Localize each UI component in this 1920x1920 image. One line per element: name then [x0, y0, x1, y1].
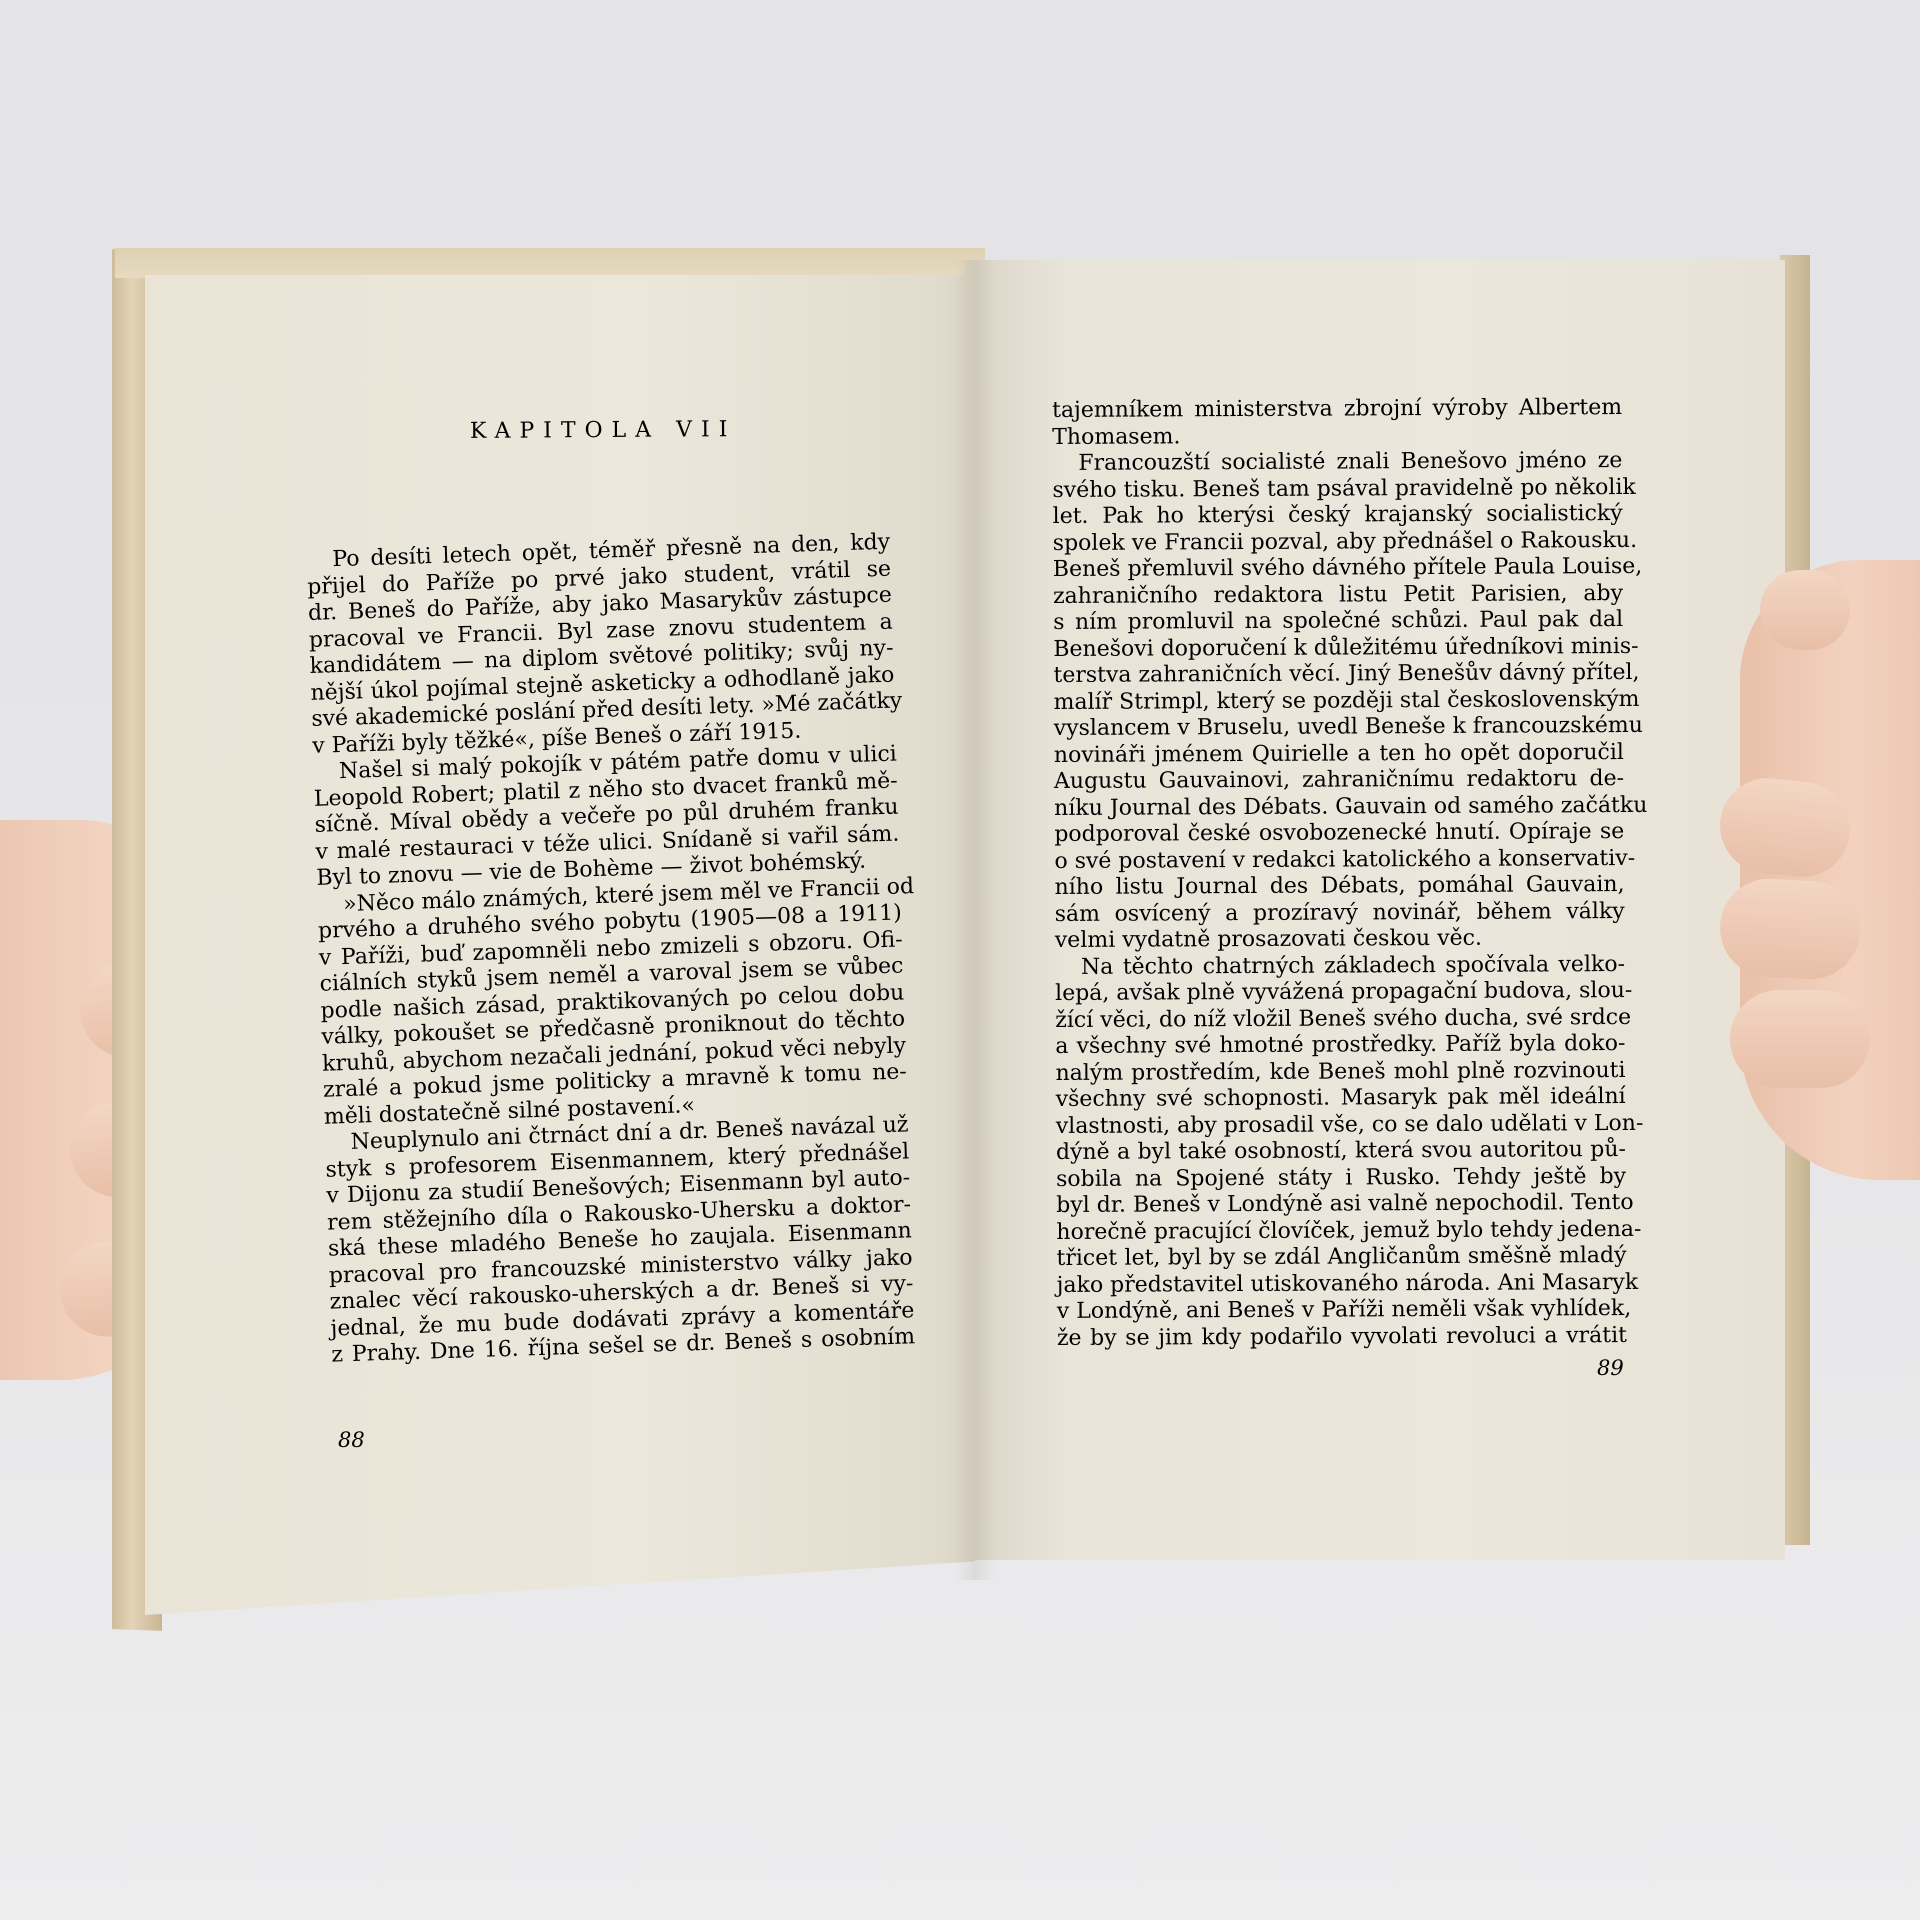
text-line: jako představitel utiskovaného národa. A…: [1057, 1270, 1627, 1299]
text-line: nalým prostředím, kde Beneš mohl plně ro…: [1055, 1058, 1625, 1087]
text-line: Thomasem.: [1052, 422, 1622, 451]
text-line: byl dr. Beneš v Londýně asi valně nepoch…: [1056, 1190, 1626, 1219]
text-line: žící věci, do níž vložil Beneš svého duc…: [1055, 1005, 1625, 1034]
text-line: Na těchto chatrných základech spočívala …: [1055, 952, 1625, 981]
text-line: v Londýně, ani Beneš v Paříži neměli vša…: [1057, 1296, 1627, 1325]
text-line: Benešovi doporučení k důležitému úředník…: [1053, 634, 1623, 663]
text-line: o své postavení v redakci katolického a …: [1054, 846, 1624, 875]
text-line: novináři jménem Quirielle a ten ho opět …: [1054, 740, 1624, 769]
text-line: velmi vydatně prosazovati českou věc.: [1055, 925, 1625, 954]
text-line: let. Pak ho kterýsi český krajanský soci…: [1053, 501, 1623, 530]
text-line: tajemníkem ministerstva zbrojní výroby A…: [1052, 395, 1622, 424]
text-line: dýně a byl také osobností, která svou au…: [1056, 1137, 1626, 1166]
text-line: vyslancem v Bruselu, uvedl Beneše k fran…: [1054, 713, 1624, 742]
chapter-title: KAPITOLA VII: [470, 417, 737, 444]
text-line: níku Journal des Débats. Gauvain od samé…: [1054, 793, 1624, 822]
text-line: že by se jim kdy podařilo vyvolati revol…: [1057, 1323, 1627, 1352]
text-line: horečně pracující človíček, jemuž bylo t…: [1056, 1217, 1626, 1246]
text-line: malíř Strimpl, který se později stal čes…: [1054, 687, 1624, 716]
text-line: Francouzští socialisté znali Benešovo jm…: [1052, 448, 1622, 477]
text-line: Beneš přemluvil svého dávného přítele Pa…: [1053, 554, 1623, 583]
text-line: spolek ve Francii pozval, aby přednášel …: [1053, 528, 1623, 557]
text-line: ního listu Journal des Débats, pomáhal G…: [1054, 872, 1624, 901]
book-gutter: [955, 260, 995, 1580]
page-number-right: 89: [1597, 1356, 1624, 1380]
text-line: všechny své schopnosti. Masaryk pak měl …: [1056, 1084, 1626, 1113]
text-line: s ním promluvil na společné schůzi. Paul…: [1053, 607, 1623, 636]
text-line: sám osvícený a prozíravý novinář, během …: [1055, 899, 1625, 928]
text-line: zahraničního redaktora listu Petit Paris…: [1053, 581, 1623, 610]
text-line: třicet let, byl by se zdál Angličanům sm…: [1056, 1243, 1626, 1272]
text-line: vlastnosti, aby prosadil vše, co se dalo…: [1056, 1111, 1626, 1140]
left-page-body-text: Po desíti letech opět, téměř přesně na d…: [306, 530, 916, 1369]
text-line: a všechny své hmotné prostředky. Paříž b…: [1055, 1031, 1625, 1060]
text-line: lepá, avšak plně vyvážená propagační bud…: [1055, 978, 1625, 1007]
text-line: sobila na Spojené státy i Rusko. Tehdy j…: [1056, 1164, 1626, 1193]
right-page-body-text: tajemníkem ministerstva zbrojní výroby A…: [1052, 395, 1627, 1352]
right-finger: [1718, 876, 1863, 981]
book-page-edges-top: [115, 248, 985, 278]
text-line: Augustu Gauvainovi, zahraničnímu redakto…: [1054, 766, 1624, 795]
page-number-left: 88: [338, 1428, 365, 1452]
text-line: podporoval české osvobozenecké hnutí. Op…: [1054, 819, 1624, 848]
text-line: svého tisku. Beneš tam psával pravidelně…: [1052, 475, 1622, 504]
right-finger: [1730, 990, 1870, 1088]
right-thumb: [1760, 570, 1850, 650]
text-line: terstva zahraničních věcí. Jiný Benešův …: [1053, 660, 1623, 689]
